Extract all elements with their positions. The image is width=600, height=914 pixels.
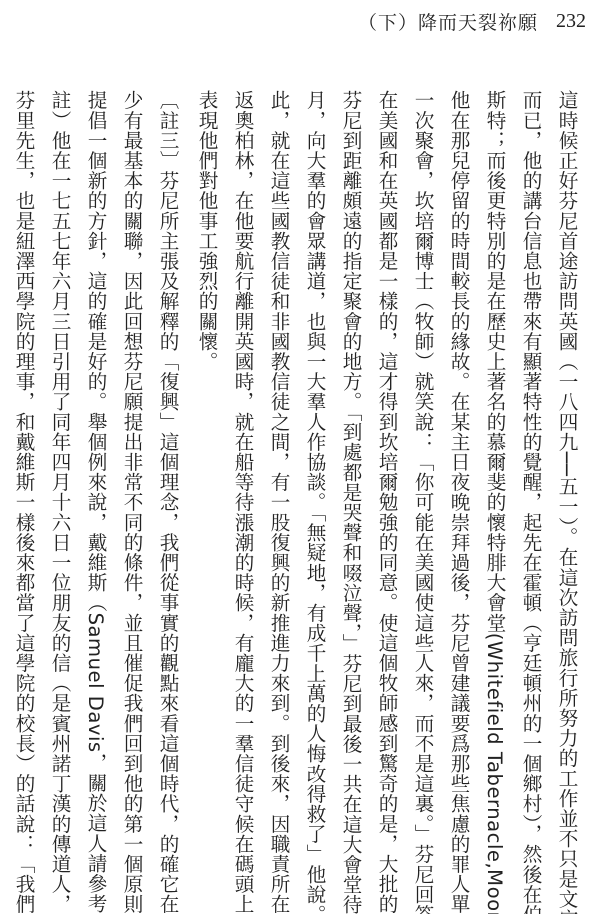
note-column: 〔註三〕芬尼所主張及解釋的「復興」這個理念，我們從事實的觀點來看這個時代，的確它… bbox=[149, 90, 185, 910]
running-title: （下）降而天裂祢願 bbox=[358, 8, 538, 35]
text-column: 這時候正好芬尼首途訪問英國（一八四九──五一）。在這次訪問旅行所努力的工作並不只… bbox=[548, 90, 584, 910]
text-column: 芬尼到距離頗遠的指定聚會的地方。「到處都是哭聲和啜泣聲，」芬尼到最後一共在這大會… bbox=[332, 90, 368, 910]
note-column: 少有最基本的關聯，因此回想芬尼願提出非常不同的條件，並且催促我們回到他的第一個原… bbox=[113, 90, 149, 910]
text-column: 而已，他的講台信息也帶來有顯著特性的覺醒，起先在霍頓（亨廷頓州的一個鄉村），然後… bbox=[512, 90, 548, 910]
note-column: 提倡一個新的方針，這的確是好的。舉個例來說，戴維斯（Samuel Davis，關… bbox=[77, 90, 113, 910]
text-column: 在美國和在英國都是一樣的，這才得到坎培爾勉強的同意。使這個牧師感到驚奇的是，大批… bbox=[368, 90, 404, 910]
text-column: 月，向大羣的會眾講道，也與一大羣人作協談。「無疑地，有成千上萬的人悔改得救了」他… bbox=[296, 90, 332, 910]
text-column: 此，就在這些國教信徒和非國教信徒之間，有一股復興的新推進力來到。到後來，因職責所… bbox=[260, 90, 296, 910]
note-column: 芬里先生，也是紐澤西學院的理事，和戴維斯一樣後來都當了這學院的校長）的話說：「我… bbox=[5, 90, 41, 910]
note-column: 註）他在一七五七年六月三日引用了同年四月十六日一位朋友的信（是賓州諾丁漢的傳道人… bbox=[41, 90, 77, 910]
footnote-text: 〔註三〕芬尼所主張及解釋的「復興」這個理念，我們從事實的觀點來看這個時代，的確它… bbox=[5, 90, 185, 910]
page-header: （下）降而天裂祢願 232 bbox=[358, 6, 586, 36]
main-text: 這時候正好芬尼首途訪問英國（一八四九──五一）。在這次訪問旅行所努力的工作並不只… bbox=[188, 90, 584, 910]
text-column: 一次聚會，坎培爾博士（牧師）就笑說：「你可能在美國使這些人來，而不是這裏。」芬尼… bbox=[404, 90, 440, 910]
text-column: 表現他們對他事工強烈的關懷。 bbox=[188, 90, 224, 910]
text-column: 他在那兒停留的時間較長的緣故。在某主日夜晚崇拜過後，芬尼曾建議要爲那些焦慮的罪人… bbox=[440, 90, 476, 910]
text-column: 斯特；而後更特別的是在歷史上著名的慕爾斐的懷特腓大會堂(Whitefield T… bbox=[476, 90, 512, 910]
text-column: 返奧柏林，在他要航行離開英國時，就在船等待漲潮的時候，有龐大的一羣信徒守候在碼頭… bbox=[224, 90, 260, 910]
page-number: 232 bbox=[556, 10, 586, 33]
